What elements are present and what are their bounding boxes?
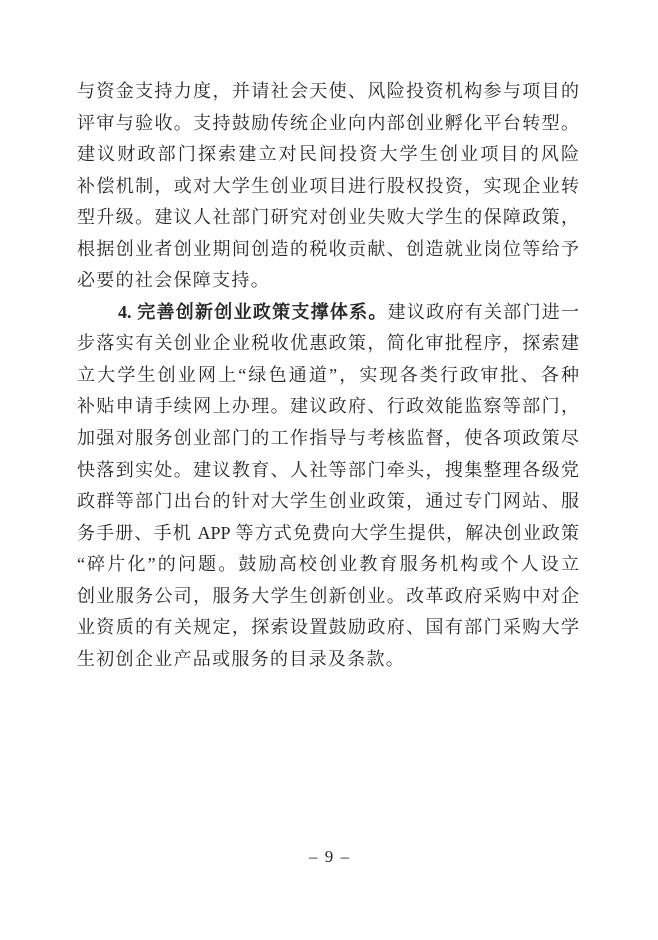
item-4-heading-rest: 建议政府有关部门进一	[388, 302, 579, 322]
text-line: 补贴申请手续网上办理。建议政府、行政效能监察等部门，	[77, 391, 579, 423]
text-line: 创业服务公司，服务大学生创新创业。改革政府采购中对企	[77, 581, 579, 613]
text-line: 快落到实处。建议教育、人社等部门牵头，搜集整理各级党	[77, 455, 579, 487]
paragraph-continuation: 与资金支持力度，并请社会天使、风险投资机构参与项目的 评审与验收。支持鼓励传统企…	[77, 76, 579, 297]
text-line: 型升级。建议人社部门研究对创业失败大学生的保障政策，	[77, 202, 579, 234]
text-line: 步落实有关创业企业税收优惠政策，简化审批程序，探索建	[77, 328, 579, 360]
item-4-heading: 4. 完善创新创业政策支撑体系。	[118, 302, 388, 322]
text-line: “碎片化”的问题。鼓励高校创业教育服务机构或个人设立	[77, 549, 579, 581]
text-line: 业资质的有关规定，探索设置鼓励政府、国有部门采购大学	[77, 612, 579, 644]
text-line: 必要的社会保障支持。	[77, 265, 579, 297]
document-page: 与资金支持力度，并请社会天使、风险投资机构参与项目的 评审与验收。支持鼓励传统企…	[0, 0, 658, 940]
page-number: – 9 –	[0, 846, 658, 868]
document-body: 与资金支持力度，并请社会天使、风险投资机构参与项目的 评审与验收。支持鼓励传统企…	[77, 76, 579, 675]
text-line: 4. 完善创新创业政策支撑体系。建议政府有关部门进一	[77, 297, 579, 329]
text-line: 评审与验收。支持鼓励传统企业向内部创业孵化平台转型。	[77, 108, 579, 140]
text-line: 立大学生创业网上“绿色通道”，实现各类行政审批、各种	[77, 360, 579, 392]
text-line: 加强对服务创业部门的工作指导与考核监督，使各项政策尽	[77, 423, 579, 455]
text-line: 补偿机制，或对大学生创业项目进行股权投资，实现企业转	[77, 171, 579, 203]
text-line: 政群等部门出台的针对大学生创业政策，通过专门网站、服	[77, 486, 579, 518]
text-line: 建议财政部门探索建立对民间投资大学生创业项目的风险	[77, 139, 579, 171]
text-line: 生初创企业产品或服务的目录及条款。	[77, 644, 579, 676]
text-line: 根据创业者创业期间创造的税收贡献、创造就业岗位等给予	[77, 234, 579, 266]
text-line: 与资金支持力度，并请社会天使、风险投资机构参与项目的	[77, 76, 579, 108]
text-line: 务手册、手机 APP 等方式免费向大学生提供，解决创业政策	[77, 518, 579, 550]
paragraph-item-4: 4. 完善创新创业政策支撑体系。建议政府有关部门进一 步落实有关创业企业税收优惠…	[77, 297, 579, 676]
